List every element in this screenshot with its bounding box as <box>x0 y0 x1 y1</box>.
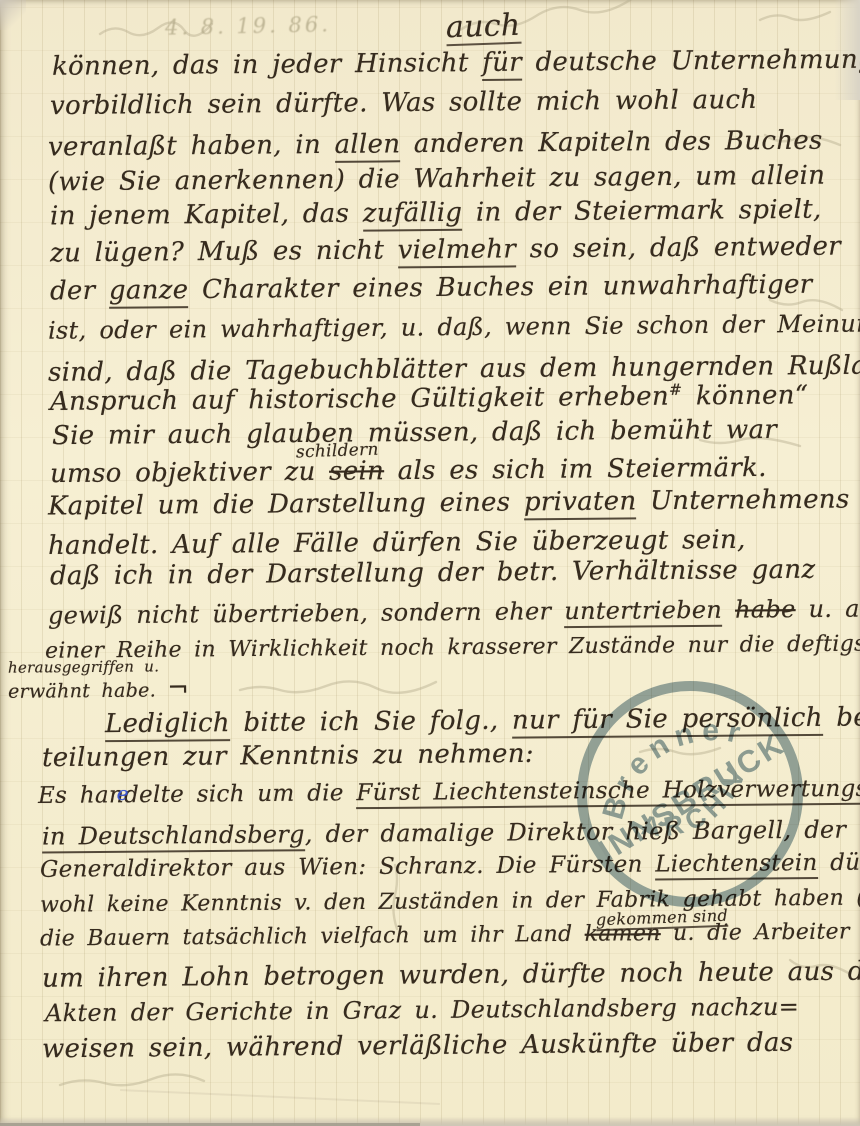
letter-line: Akten der Gerichte in Graz u. Deutschlan… <box>45 995 799 1026</box>
letter-text: Es handelte sich um die <box>38 780 357 809</box>
letter-line: können, das in jeder Hinsicht für deutsc… <box>52 46 860 79</box>
underlined-text: ganze <box>109 275 189 309</box>
letter-line: ist, oder ein wahrhaftiger, u. daß, wenn… <box>48 311 860 342</box>
letter-line: Sie mir auch glauben müssen, daß ich bem… <box>52 417 777 449</box>
letter-text: der <box>50 276 109 307</box>
letter-text: anderen Kapiteln des Buches <box>400 126 823 160</box>
letter-text: die Bauern tatsächlich vielfach um ihr L… <box>40 922 585 952</box>
letter-line: in jenem Kapitel, das zufällig in der St… <box>50 197 822 230</box>
letter-line: veranlaßt haben, in allen anderen Kapite… <box>48 128 823 161</box>
scan-corner-top-left <box>0 0 26 30</box>
letter-line: zu lügen? Muß es nicht vielmehr so sein,… <box>50 234 841 267</box>
letter-text: können, das in jeder Hinsicht <box>52 48 482 82</box>
underlined-text: Lediglich <box>105 708 230 742</box>
letter-text: deutsche Unternehmungen <box>522 44 860 77</box>
letter-text: Kapitel um die Darstellung eines <box>48 487 524 521</box>
letter-text: gewiß nicht übertrieben, sondern eher <box>48 597 564 630</box>
letter-text: Unternehmens <box>636 485 849 517</box>
underlined-text: in Deutschlandsberg <box>42 820 305 853</box>
underlined-text: allen <box>334 129 400 163</box>
letter-text: einer Reihe in Wirklichkeit noch krasser… <box>45 631 860 663</box>
letter-line: Kapitel um die Darstellung eines private… <box>48 487 850 520</box>
letter-text: dürften <box>817 849 860 876</box>
letter-text: zu lügen? Muß es nicht <box>50 235 398 268</box>
interline-insertion: schildern <box>296 442 379 462</box>
underlined-text: für <box>482 48 522 81</box>
letter-text: können“ <box>682 380 808 411</box>
letter-line: handelt. Auf alle Fälle dürfen Sie überz… <box>48 527 746 559</box>
letter-line: gewiß nicht übertrieben, sondern eher un… <box>48 596 860 627</box>
letter-text: ist, oder ein wahrhaftiger, u. daß, wenn… <box>48 309 860 344</box>
letter-text: teilungen zur Kenntnis zu nehmen: <box>42 739 534 773</box>
letter-text: bitte ich Sie folg., <box>230 706 512 738</box>
ghost-date-note: 4. 8. 19. 86. <box>165 12 331 39</box>
letter-text <box>722 596 735 624</box>
letter-page: 4. 8. 19. 86. können, das in jeder Hinsi… <box>0 0 860 1126</box>
letter-text: erwähnt habe. <box>8 679 168 702</box>
letter-text: in der Steiermark spielt, <box>462 195 821 228</box>
letter-line: (wie Sie anerkennen) die Wahrheit zu sag… <box>48 163 825 196</box>
letter-line: weisen sein, während verläßliche Auskünf… <box>42 1030 794 1063</box>
paper-crease <box>120 1089 440 1105</box>
letter-line: Anspruch auf historische Gültigkeit erhe… <box>50 382 809 415</box>
letter-line: um ihren Lohn betrogen wurden, dürfte no… <box>42 958 860 991</box>
letter-text: in jenem Kapitel, das <box>50 199 363 232</box>
letter-line: teilungen zur Kenntnis zu nehmen: <box>42 741 534 771</box>
letter-text: Anspruch auf historische Gültigkeit erhe… <box>50 382 669 417</box>
letter-line: daß ich in der Darstellung der betr. Ver… <box>50 557 816 590</box>
letter-text: herausgegriffen u. <box>8 657 159 676</box>
letter-text: als es sich im Steiermärk. <box>384 453 767 486</box>
letter-line: erwähnt habe. ¬ <box>8 676 189 703</box>
underlined-text: zufällig <box>363 198 463 232</box>
letter-text: Akten der Gerichte in Graz u. Deutschlan… <box>45 993 799 1028</box>
underlined-text: privaten <box>524 486 637 520</box>
footnote-mark: # <box>669 381 683 399</box>
letter-text: veranlaßt haben, in <box>48 130 335 162</box>
letter-text: daß ich in der Darstellung der betr. Ver… <box>50 555 816 592</box>
letter-text: weisen sein, während verläßliche Auskünf… <box>42 1028 794 1065</box>
letter-text: Sie mir auch glauben müssen, daß ich bem… <box>52 415 777 451</box>
letter-text: Charakter eines Buches ein unwahrhaftige… <box>188 270 812 305</box>
letter-text: um ihren Lohn betrogen wurden, dürfte no… <box>42 956 860 993</box>
letter-text: Generaldirektor aus Wien: Schranz. Die F… <box>40 851 655 882</box>
letter-text: umso objektiver zu <box>50 457 329 489</box>
underlined-text: vielmehr <box>398 234 517 268</box>
interline-insertion: auch <box>445 11 521 47</box>
letter-line: umso objektiver zu sein als es sich im S… <box>50 455 767 487</box>
letter-text: ¬ <box>167 673 189 703</box>
letter-text: (wie Sie anerkennen) die Wahrheit zu sag… <box>48 161 826 198</box>
letter-text: so sein, daß entweder <box>516 232 841 265</box>
letter-text: vorbildlich sein dürfte. Was sollte mich… <box>50 85 758 121</box>
letter-line: einer Reihe in Wirklichkeit noch krasser… <box>45 633 860 662</box>
letter-line: der ganze Charakter eines Buches ein unw… <box>50 272 813 305</box>
letter-text: u. aus <box>795 594 860 623</box>
letter-line: herausgegriffen u. <box>8 659 159 675</box>
letter-line: vorbildlich sein dürfte. Was sollte mich… <box>50 87 758 119</box>
letter-text: bestimmte Mit= <box>823 701 860 733</box>
struck-out-text: habe <box>735 595 796 624</box>
archive-stamp: Brenner INNSBRUCK ARCHIV <box>566 670 814 918</box>
underlined-text: untertrieben <box>564 596 722 628</box>
